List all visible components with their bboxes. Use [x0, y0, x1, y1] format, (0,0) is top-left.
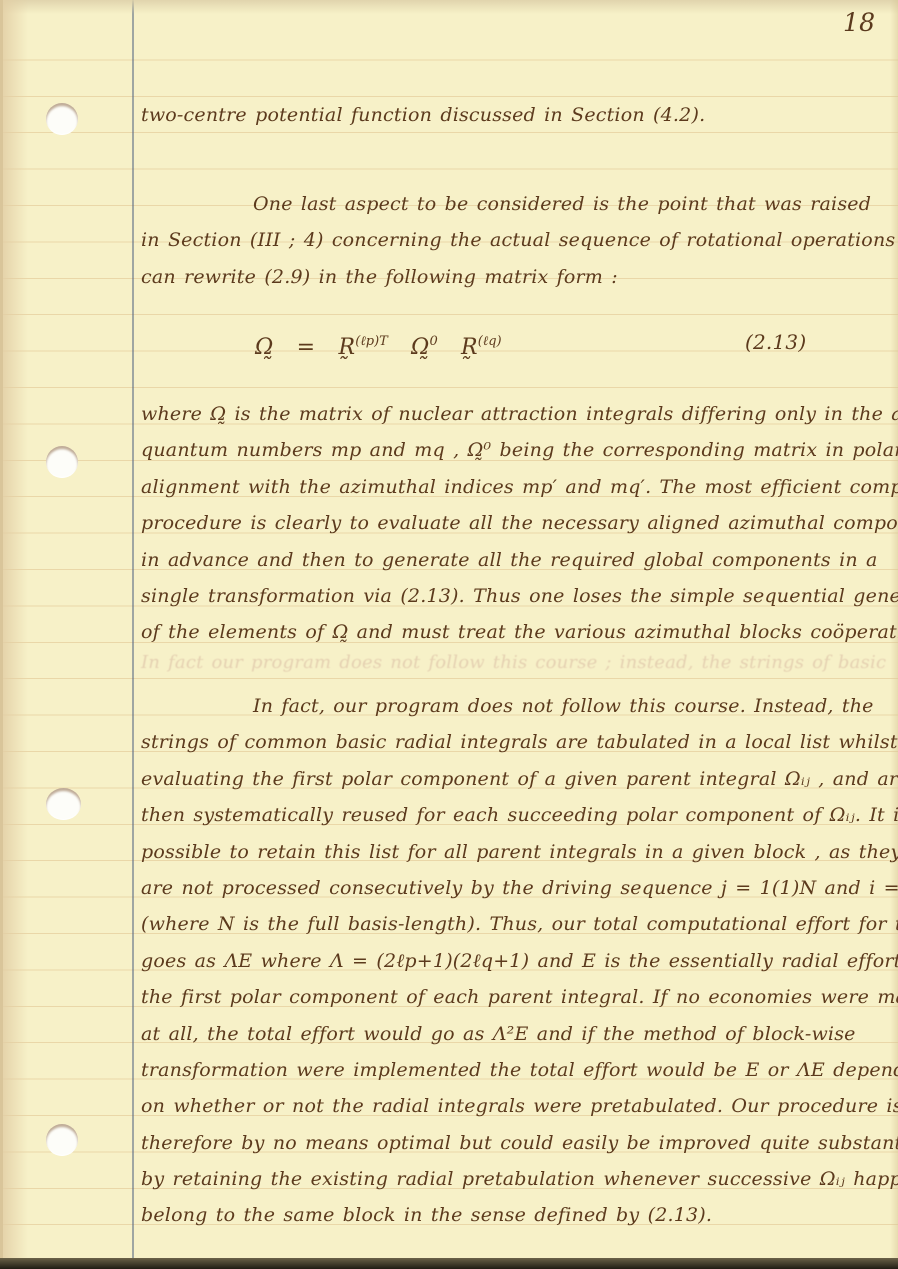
manuscript-line: the first polar component of each parent…	[141, 979, 886, 1015]
manuscript-line: single transformation via (2.13). Thus o…	[141, 578, 886, 614]
manuscript-line: evaluating the first polar component of …	[141, 761, 886, 797]
manuscript-line: by retaining the existing radial pretabu…	[141, 1161, 886, 1197]
manuscript-line: belong to the same block in the sense de…	[141, 1197, 886, 1233]
manuscript-page: 18 two-centre potential function discuss…	[0, 0, 898, 1269]
equation-number: (2.13)	[745, 324, 806, 360]
paragraph-2: One last aspect to be considered is the …	[141, 186, 886, 295]
manuscript-line: then systematically reused for each succ…	[141, 797, 886, 833]
hole-punch-1	[46, 103, 78, 135]
paragraph-3: where Ω̰ is the matrix of nuclear attrac…	[141, 396, 886, 651]
manuscript-line: at all, the total effort would go as Λ²E…	[141, 1016, 886, 1052]
manuscript-line: (where N is the full basis-length). Thus…	[141, 906, 886, 942]
manuscript-line-intro: two-centre potential function discussed …	[141, 104, 705, 126]
equation-superscript-0: 0	[429, 334, 437, 349]
equation-rotation-matrix-2: R̰	[461, 335, 478, 360]
manuscript-line: alignment with the azimuthal indices mp′…	[141, 469, 886, 505]
manuscript-line: on whether or not the radial integrals w…	[141, 1088, 886, 1124]
manuscript-line: of the elements of Ω̰ and must treat the…	[141, 614, 886, 650]
manuscript-line: in Section (III ; 4) concerning the actu…	[141, 222, 886, 258]
manuscript-line: In fact, our program does not follow thi…	[141, 688, 886, 724]
manuscript-line: are not processed consecutively by the d…	[141, 870, 886, 906]
manuscript-line: procedure is clearly to evaluate all the…	[141, 505, 886, 541]
manuscript-line: where Ω̰ is the matrix of nuclear attrac…	[141, 396, 886, 432]
hole-punch-4	[46, 1124, 78, 1156]
manuscript-line: possible to retain this list for all par…	[141, 834, 886, 870]
hole-punch-3	[46, 788, 81, 820]
manuscript-line: in advance and then to generate all the …	[141, 542, 886, 578]
manuscript-line: therefore by no means optimal but could …	[141, 1125, 886, 1161]
hole-punch-2	[46, 446, 78, 478]
equation-rotation-matrix-1: R̰	[339, 335, 356, 360]
manuscript-line: goes as ΛE where Λ = (2ℓp+1)(2ℓq+1) and …	[141, 943, 886, 979]
page-edge-top	[0, 0, 898, 14]
manuscript-line: One last aspect to be considered is the …	[141, 186, 886, 222]
page-number: 18	[843, 8, 875, 37]
equation-2-13: Ω̰ = R̰(ℓp)T Ω̰0 R̰(ℓq) (2.13)	[141, 318, 886, 366]
equation-superscript-1: (ℓp)T	[355, 334, 388, 349]
manuscript-line: strings of common basic radial integrals…	[141, 724, 886, 760]
erased-line: In fact our program does not follow this…	[141, 652, 886, 673]
equation-superscript-2: (ℓq)	[478, 334, 502, 349]
paragraph-4: In fact, our program does not follow thi…	[141, 688, 886, 1234]
equation-omega-zero: Ω̰	[411, 335, 429, 360]
page-edge-bottom	[0, 1258, 898, 1269]
equation-equals: =	[297, 335, 316, 360]
page-edge-left	[0, 0, 28, 1269]
equation-omega: Ω̰	[255, 335, 273, 360]
margin-rule-line	[132, 0, 134, 1258]
manuscript-line: can rewrite (2.9) in the following matri…	[141, 259, 886, 295]
manuscript-line: quantum numbers mp and mq , Ω̰⁰ being th…	[141, 432, 886, 468]
manuscript-line: transformation were implemented the tota…	[141, 1052, 886, 1088]
